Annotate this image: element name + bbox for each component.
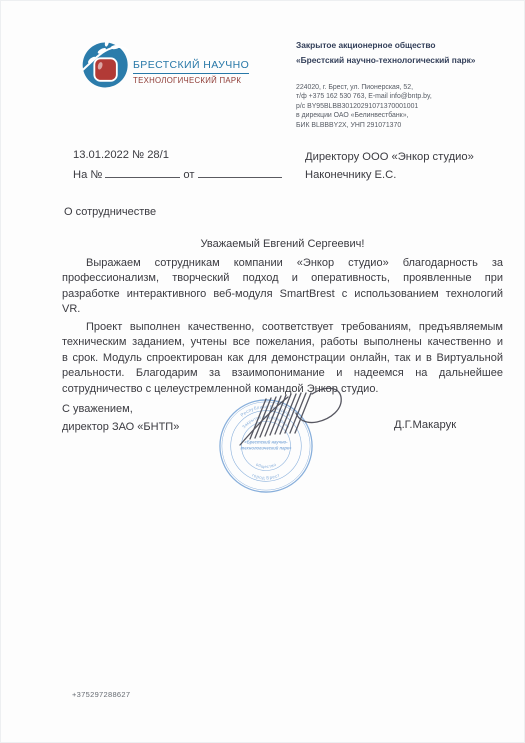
recipient-block: Директору ООО «Энкор студио» Наконечнику… xyxy=(305,149,474,184)
reply-number-blank xyxy=(105,167,180,178)
logo-wordmark: БРЕСТСКИЙ НАУЧНО ТЕХНОЛОГИЧЕСКИЙ ПАРК xyxy=(133,45,249,85)
logo-title-line1: БРЕСТСКИЙ НАУЧНО xyxy=(133,59,249,74)
svg-text:общество: общество xyxy=(255,462,277,469)
letterhead-org-block: Закрытое акционерное общество «Брестский… xyxy=(296,38,522,130)
logo-title-line2: ТЕХНОЛОГИЧЕСКИЙ ПАРК xyxy=(133,76,249,85)
scanned-letter-page: БРЕСТСКИЙ НАУЧНО ТЕХНОЛОГИЧЕСКИЙ ПАРК За… xyxy=(0,0,525,743)
body-line: в срок. Модуль спроектирован как для дем… xyxy=(62,351,503,367)
org-name-line2: «Брестский научно-технологический парк» xyxy=(296,53,522,68)
letter-body: Уважаемый Евгений Сергеевич! Выражаем со… xyxy=(62,237,503,397)
closing-line2: директор ЗАО «БНТП» xyxy=(62,419,179,437)
body-line: техническим заданием, учтены все пожелан… xyxy=(62,335,503,351)
salutation: Уважаемый Евгений Сергеевич! xyxy=(62,237,503,253)
reply-label: На № xyxy=(73,169,102,181)
recipient-name: Наконечнику Е.С. xyxy=(305,167,474,185)
subject-line: О сотрудничестве xyxy=(64,206,156,218)
closing-block: С уважением, директор ЗАО «БНТП» xyxy=(62,401,179,436)
body-line: реальности. Благодарим за взаимопонимани… xyxy=(62,366,503,382)
apple-emblem-icon xyxy=(81,40,131,90)
body-line: Выражаем сотрудникам компании «Энкор сту… xyxy=(62,256,503,272)
reply-reference-line: На №от xyxy=(73,167,282,181)
body-line: Проект выполнен качественно, соответству… xyxy=(62,320,503,336)
body-line: профессионализм, творческий подход и опе… xyxy=(62,271,503,287)
org-bank-line: в дирекции ОАО «Белинвестбанк», xyxy=(296,111,522,120)
reply-from-label: от xyxy=(183,169,194,181)
org-account-line: р/с BY95BLBB30120291071370001001 xyxy=(296,102,522,111)
signature-scribble xyxy=(236,385,352,447)
org-phone-email-line: т/ф +375 162 530 763, E-mail info@bntp.b… xyxy=(296,92,522,101)
signer-name: Д.Г.Макарук xyxy=(394,419,456,431)
org-name-line1: Закрытое акционерное общество xyxy=(296,38,522,53)
org-bik-unp-line: БИК BLBBBY2X, УНП 291071370 xyxy=(296,121,522,130)
recipient-position: Директору ООО «Энкор студио» xyxy=(305,149,474,167)
reply-date-blank xyxy=(198,167,282,178)
bntp-logo: БРЕСТСКИЙ НАУЧНО ТЕХНОЛОГИЧЕСКИЙ ПАРК xyxy=(81,40,249,90)
stamp-arc-bottom-inner: общество xyxy=(255,462,277,469)
stamp-arc-bottom-outer: город Брест xyxy=(251,472,280,480)
closing-line1: С уважением, xyxy=(62,401,179,419)
body-line: VR. xyxy=(62,302,503,318)
body-line: разработке интерактивного веб-модуля Sma… xyxy=(62,287,503,303)
svg-text:город Брест: город Брест xyxy=(251,472,280,480)
org-requisites: 224020, г. Брест, ул. Пионерская, 52, т/… xyxy=(296,83,522,130)
org-address-line: 224020, г. Брест, ул. Пионерская, 52, xyxy=(296,83,522,92)
outgoing-number: 13.01.2022 № 28/1 xyxy=(73,149,169,161)
footer-phone: +375297288627 xyxy=(72,690,130,699)
